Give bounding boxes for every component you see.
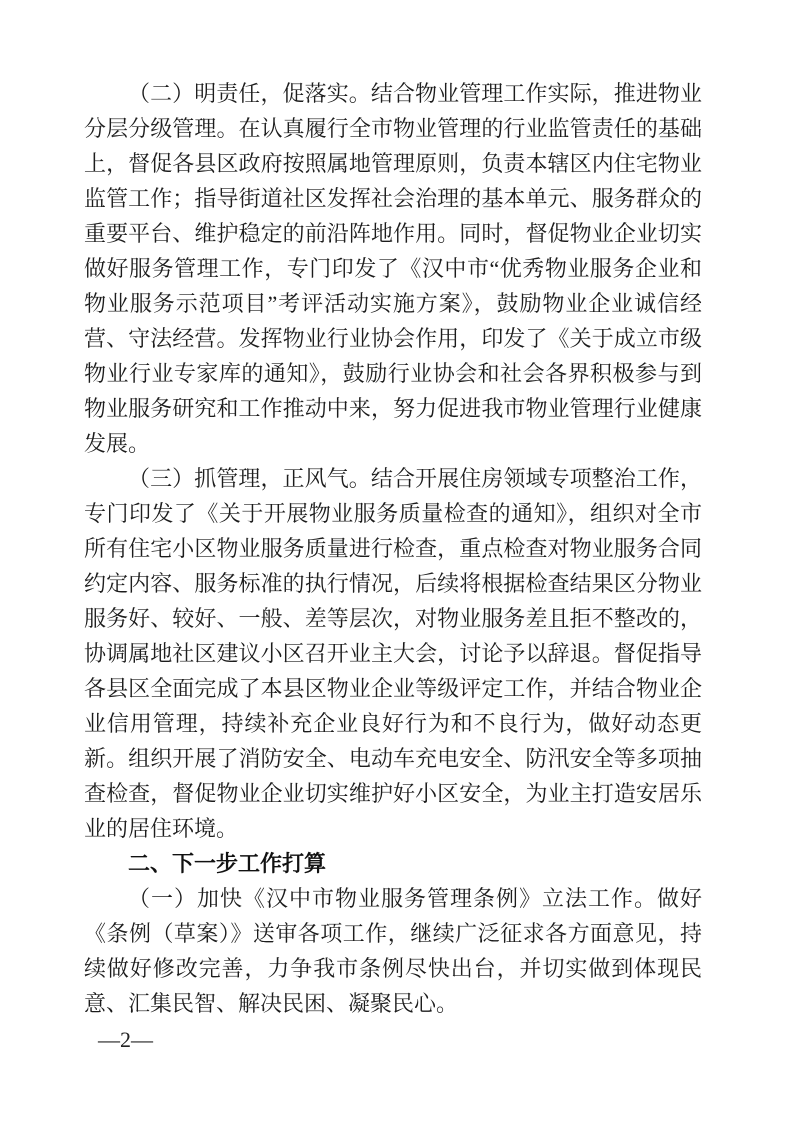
- page-number: —2—: [98, 1026, 153, 1054]
- document-page: （二）明责任，促落实。结合物业管理工作实际，推进物业分层分级管理。在认真履行全市…: [0, 0, 793, 1122]
- document-body: （二）明责任，促落实。结合物业管理工作实际，推进物业分层分级管理。在认真履行全市…: [84, 76, 702, 1021]
- body-paragraph: （二）明责任，促落实。结合物业管理工作实际，推进物业分层分级管理。在认真履行全市…: [84, 76, 702, 461]
- body-paragraph: （三）抓管理，正风气。结合开展住房领域专项整治工作，专门印发了《关于开展物业服务…: [84, 461, 702, 846]
- section-heading: 二、下一步工作打算: [84, 846, 702, 881]
- body-paragraph: （一）加快《汉中市物业服务管理条例》立法工作。做好《条例（草案）》送审各项工作，…: [84, 881, 702, 1021]
